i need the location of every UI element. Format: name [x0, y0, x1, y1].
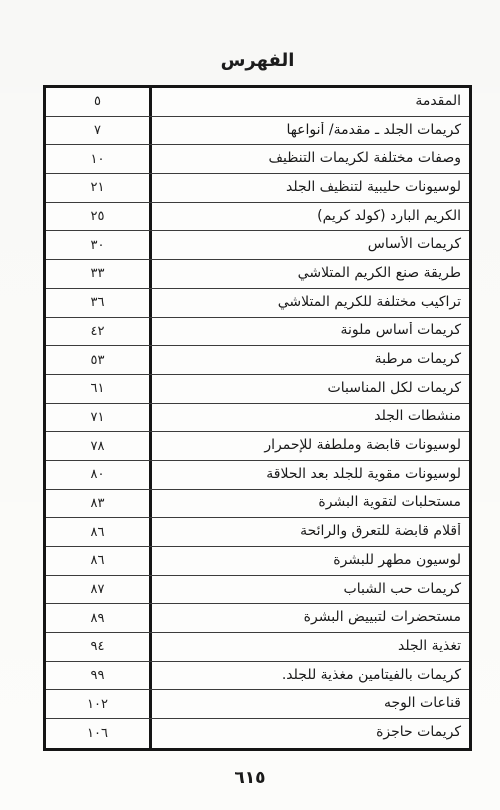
- table-row: ٦١ كريمات لكل المناسبات: [46, 375, 469, 404]
- toc-entry-title: تراكيب مختلفة للكريم المتلاشي: [152, 294, 469, 312]
- toc-entry-title: لوسيونات مقوية للجلد بعد الحلاقة: [152, 466, 469, 484]
- page-title: الفهرس: [43, 50, 472, 71]
- toc-entry-page: ٨٧: [46, 576, 152, 604]
- table-row: ٢٥ الكريم البارد (كولد كريم): [46, 203, 469, 232]
- toc-table-body: ٥ المقدمة ٧ كريمات الجلد ـ مقدمة/ أنواعه…: [46, 88, 469, 748]
- toc-entry-title: مستحضرات لتبييض البشرة: [152, 609, 469, 627]
- toc-entry-page: ٨٦: [46, 518, 152, 546]
- toc-entry-title: قناعات الوجه: [152, 695, 469, 713]
- toc-entry-page: ٧٨: [46, 432, 152, 460]
- toc-entry-title: المقدمة: [152, 93, 469, 111]
- toc-entry-page: ١٠٦: [46, 719, 152, 748]
- toc-entry-title: منشطات الجلد: [152, 408, 469, 426]
- toc-entry-title: كريمات أساس ملونة: [152, 322, 469, 340]
- toc-entry-title: كريمات الأساس: [152, 236, 469, 254]
- table-row: ١٠٢ قناعات الوجه: [46, 690, 469, 719]
- toc-entry-page: ٦١: [46, 375, 152, 403]
- toc-entry-page: ٧١: [46, 404, 152, 432]
- toc-entry-page: ٣٠: [46, 231, 152, 259]
- table-row: ٧ كريمات الجلد ـ مقدمة/ أنواعها: [46, 117, 469, 146]
- table-row: ٣٦ تراكيب مختلفة للكريم المتلاشي: [46, 289, 469, 318]
- table-row: ٤٢ كريمات أساس ملونة: [46, 318, 469, 347]
- toc-entry-title: أقلام قابضة للتعرق والرائحة: [152, 523, 469, 541]
- toc-entry-title: كريمات الجلد ـ مقدمة/ أنواعها: [152, 122, 469, 140]
- toc-entry-page: ٨٣: [46, 490, 152, 518]
- table-row: ٣٣ طريقة صنع الكريم المتلاشي: [46, 260, 469, 289]
- table-row: ٣٠ كريمات الأساس: [46, 231, 469, 260]
- toc-entry-title: الكريم البارد (كولد كريم): [152, 208, 469, 226]
- toc-entry-title: طريقة صنع الكريم المتلاشي: [152, 265, 469, 283]
- table-row: ٨٦ أقلام قابضة للتعرق والرائحة: [46, 518, 469, 547]
- toc-entry-page: ٧: [46, 117, 152, 145]
- footer-page-number: ٦١٥: [0, 768, 500, 788]
- toc-entry-title: مستحلبات لتقوية البشرة: [152, 494, 469, 512]
- table-row: ٧١ منشطات الجلد: [46, 404, 469, 433]
- toc-entry-page: ٣٣: [46, 260, 152, 288]
- toc-entry-page: ٢١: [46, 174, 152, 202]
- table-row: ١٠ وصفات مختلفة لكريمات التنظيف: [46, 145, 469, 174]
- table-row: ١٠٦ كريمات حاجزة: [46, 719, 469, 748]
- toc-entry-title: كريمات لكل المناسبات: [152, 380, 469, 398]
- toc-entry-page: ٩٤: [46, 633, 152, 661]
- toc-entry-page: ٩٩: [46, 662, 152, 690]
- table-row: ٩٤ تغذية الجلد: [46, 633, 469, 662]
- table-row: ٥ المقدمة: [46, 88, 469, 117]
- toc-entry-title: وصفات مختلفة لكريمات التنظيف: [152, 150, 469, 168]
- toc-entry-page: ٤٢: [46, 318, 152, 346]
- table-row: ٨٧ كريمات حب الشباب: [46, 576, 469, 605]
- toc-entry-title: لوسيونات حليبية لتنظيف الجلد: [152, 179, 469, 197]
- toc-entry-title: كريمات حب الشباب: [152, 581, 469, 599]
- toc-table: ٥ المقدمة ٧ كريمات الجلد ـ مقدمة/ أنواعه…: [43, 85, 472, 751]
- table-row: ٩٩ كريمات بالفيتامين مغذية للجلد.: [46, 662, 469, 691]
- toc-entry-title: لوسيونات قابضة وملطفة للإحمرار: [152, 437, 469, 455]
- toc-entry-title: لوسيون مطهر للبشرة: [152, 552, 469, 570]
- toc-entry-page: ٣٦: [46, 289, 152, 317]
- toc-entry-page: ٨٩: [46, 604, 152, 632]
- table-row: ٨٦ لوسيون مطهر للبشرة: [46, 547, 469, 576]
- table-row: ٥٣ كريمات مرطبة: [46, 346, 469, 375]
- table-row: ٢١ لوسيونات حليبية لتنظيف الجلد: [46, 174, 469, 203]
- toc-entry-title: تغذية الجلد: [152, 638, 469, 656]
- table-row: ٨٩ مستحضرات لتبييض البشرة: [46, 604, 469, 633]
- toc-entry-page: ١٠٢: [46, 690, 152, 718]
- toc-entry-page: ٢٥: [46, 203, 152, 231]
- toc-entry-page: ٨٠: [46, 461, 152, 489]
- table-row: ٨٠ لوسيونات مقوية للجلد بعد الحلاقة: [46, 461, 469, 490]
- toc-entry-page: ١٠: [46, 145, 152, 173]
- toc-entry-page: ٥: [46, 88, 152, 116]
- table-row: ٨٣ مستحلبات لتقوية البشرة: [46, 490, 469, 519]
- toc-entry-title: كريمات حاجزة: [152, 724, 469, 742]
- toc-entry-page: ٥٣: [46, 346, 152, 374]
- toc-entry-title: كريمات بالفيتامين مغذية للجلد.: [152, 667, 469, 685]
- toc-entry-title: كريمات مرطبة: [152, 351, 469, 369]
- table-row: ٧٨ لوسيونات قابضة وملطفة للإحمرار: [46, 432, 469, 461]
- toc-entry-page: ٨٦: [46, 547, 152, 575]
